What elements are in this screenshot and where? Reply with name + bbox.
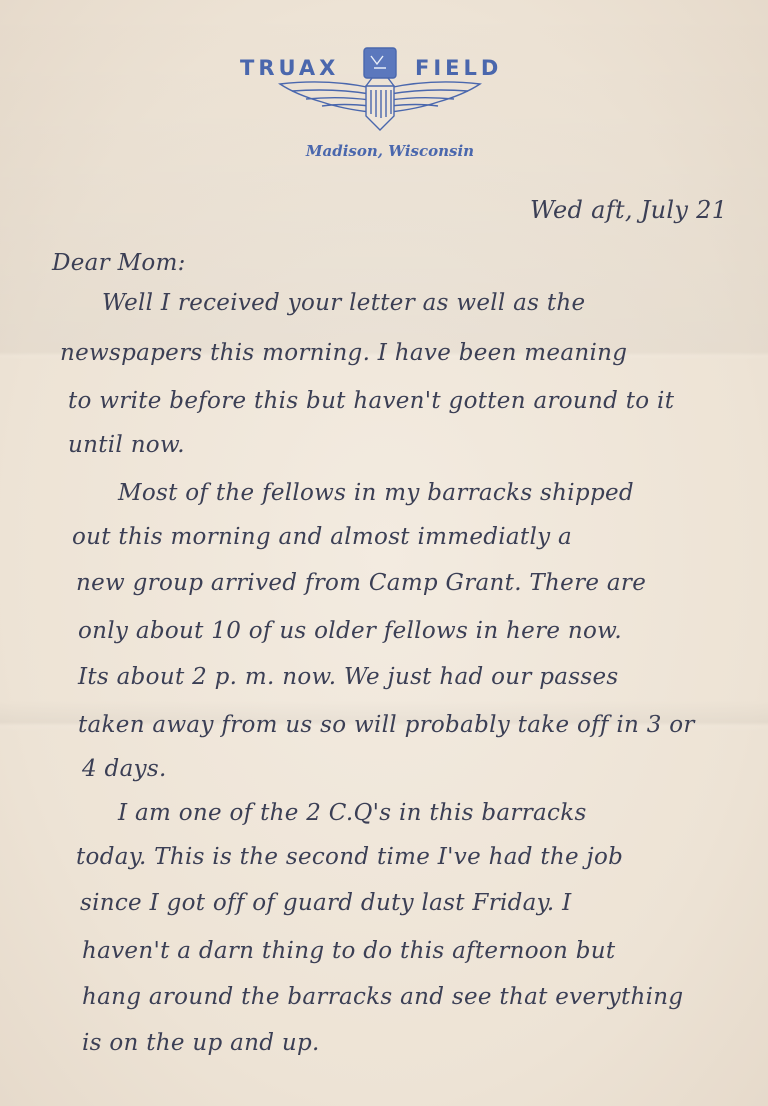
letter-line: haven't a darn thing to do this afternoo… — [82, 938, 615, 964]
letter-line: Most of the fellows in my barracks shipp… — [118, 480, 634, 506]
letterhead-location: Madison, Wisconsin — [290, 142, 490, 160]
letter-line: out this morning and almost immediatly a — [72, 524, 572, 550]
letter-line: newspapers this morning. I have been mea… — [60, 340, 627, 366]
letter-line: hang around the barracks and see that ev… — [82, 984, 683, 1010]
letterhead: TRUAX FIELD Madison, Wisconsin — [238, 46, 514, 166]
letter-line: I am one of the 2 C.Q's in this barracks — [118, 800, 587, 826]
letter-line: Its about 2 p. m. now. We just had our p… — [78, 664, 619, 690]
letter-line: Well I received your letter as well as t… — [102, 290, 585, 316]
letter-line: to write before this but haven't gotten … — [68, 388, 674, 414]
letter-line: is on the up and up. — [82, 1030, 320, 1056]
letter-line: new group arrived from Camp Grant. There… — [76, 570, 646, 596]
letter-line: taken away from us so will probably take… — [78, 712, 695, 738]
letter-line: until now. — [68, 432, 185, 458]
letter-date: Wed aft, July 21 — [530, 196, 727, 224]
letter-line: since I got off of guard duty last Frida… — [80, 890, 572, 916]
letter-salutation: Dear Mom: — [52, 250, 186, 276]
letter-line: today. This is the second time I've had … — [76, 844, 623, 870]
letterhead-field: FIELD — [415, 56, 502, 80]
letter-line: 4 days. — [82, 756, 167, 782]
letter-line: only about 10 of us older fellows in her… — [78, 618, 622, 644]
